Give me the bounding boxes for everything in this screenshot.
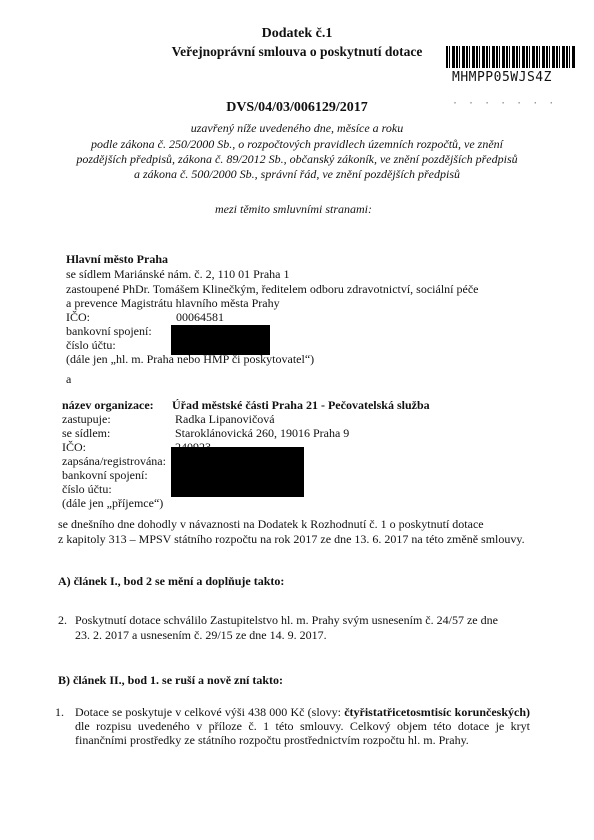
intro-line: uzavřený níže uvedeného dne, měsíce a ro… [0,121,594,136]
provider-represented: zastoupené PhDr. Tomášem Klinečkým, ředi… [66,282,536,296]
barcode-id: MHMPP05WJS4Z [452,70,552,85]
recipient-bank-label: bankovní spojení: [62,468,148,482]
redaction-box [171,325,270,355]
section-b-item-number: 1. [55,705,64,719]
recipient-rep-value: Radka Lipanovičová [175,412,275,426]
recipient-org-label: název organizace: [62,398,154,412]
recipient-seat-value: Staroklánovická 260, 19016 Praha 9 [175,426,349,440]
document-title: Dodatek č.1 [0,26,594,42]
provider-alias: (dále jen „hl. m. Praha nebo HMP či posk… [66,352,314,366]
recipient-seat-label: se sídlem: [62,426,110,440]
section-a-item-line: 23. 2. 2017 a usnesením č. 29/15 ze dne … [75,628,327,642]
section-b-item-text: Dotace se poskytuje v celkové výši 438 0… [75,705,530,747]
provider-seat: se sídlem Mariánské nám. č. 2, 110 01 Pr… [66,267,290,281]
provider-bank-label: bankovní spojení: [66,324,152,338]
recipient-rep-label: zastupuje: [62,412,111,426]
recipient-alias: (dále jen „příjemce“) [62,496,163,510]
section-b-item-pre: Dotace se poskytuje v celkové výši 438 0… [75,705,344,719]
section-a-item-number: 2. [58,613,67,627]
conjunction: a [66,372,71,386]
barcode-image [446,46,576,68]
provider-name: Hlavní město Praha [66,252,168,266]
provider-ico-value: 00064581 [176,310,224,324]
section-b-heading: B) článek II., bod 1. se ruší a nově zní… [58,673,283,687]
section-a-item-line: Poskytnutí dotace schválilo Zastupitelst… [75,613,498,627]
intro-line: a zákona č. 500/2000 Sb., správní řád, v… [0,167,594,182]
agreement-line: se dnešního dne dohodly v návaznosti na … [58,517,484,531]
provider-represented-cont: a prevence Magistrátu hlavního města Pra… [66,296,280,310]
intro-line: podle zákona č. 250/2000 Sb., o rozpočto… [0,137,594,152]
agreement-line: z kapitoly 313 – MPSV státního rozpočtu … [58,532,525,546]
redaction-box [171,447,304,497]
recipient-account-label: číslo účtu: [62,482,112,496]
section-b-item-post: dle rozpisu uvedeného v příloze č. 1 tét… [75,719,530,747]
provider-ico-label: IČO: [66,310,90,324]
between-parties: mezi těmito smluvními stranami: [215,202,372,217]
recipient-ico-label: IČO: [62,440,86,454]
recipient-registered-label: zapsána/registrována: [62,454,166,468]
provider-account-label: číslo účtu: [66,338,116,352]
reference-number: DVS/04/03/006129/2017 [0,100,594,116]
section-a-heading: A) článek I., bod 2 se mění a doplňuje t… [58,574,284,588]
section-b-amount-words: čtyřistatřicetosmtisíc korunčeských) [344,705,530,719]
recipient-org-value: Úřad městské části Praha 21 - Pečovatels… [172,398,430,412]
intro-line: pozdějších předpisů, zákona č. 89/2012 S… [0,152,594,167]
